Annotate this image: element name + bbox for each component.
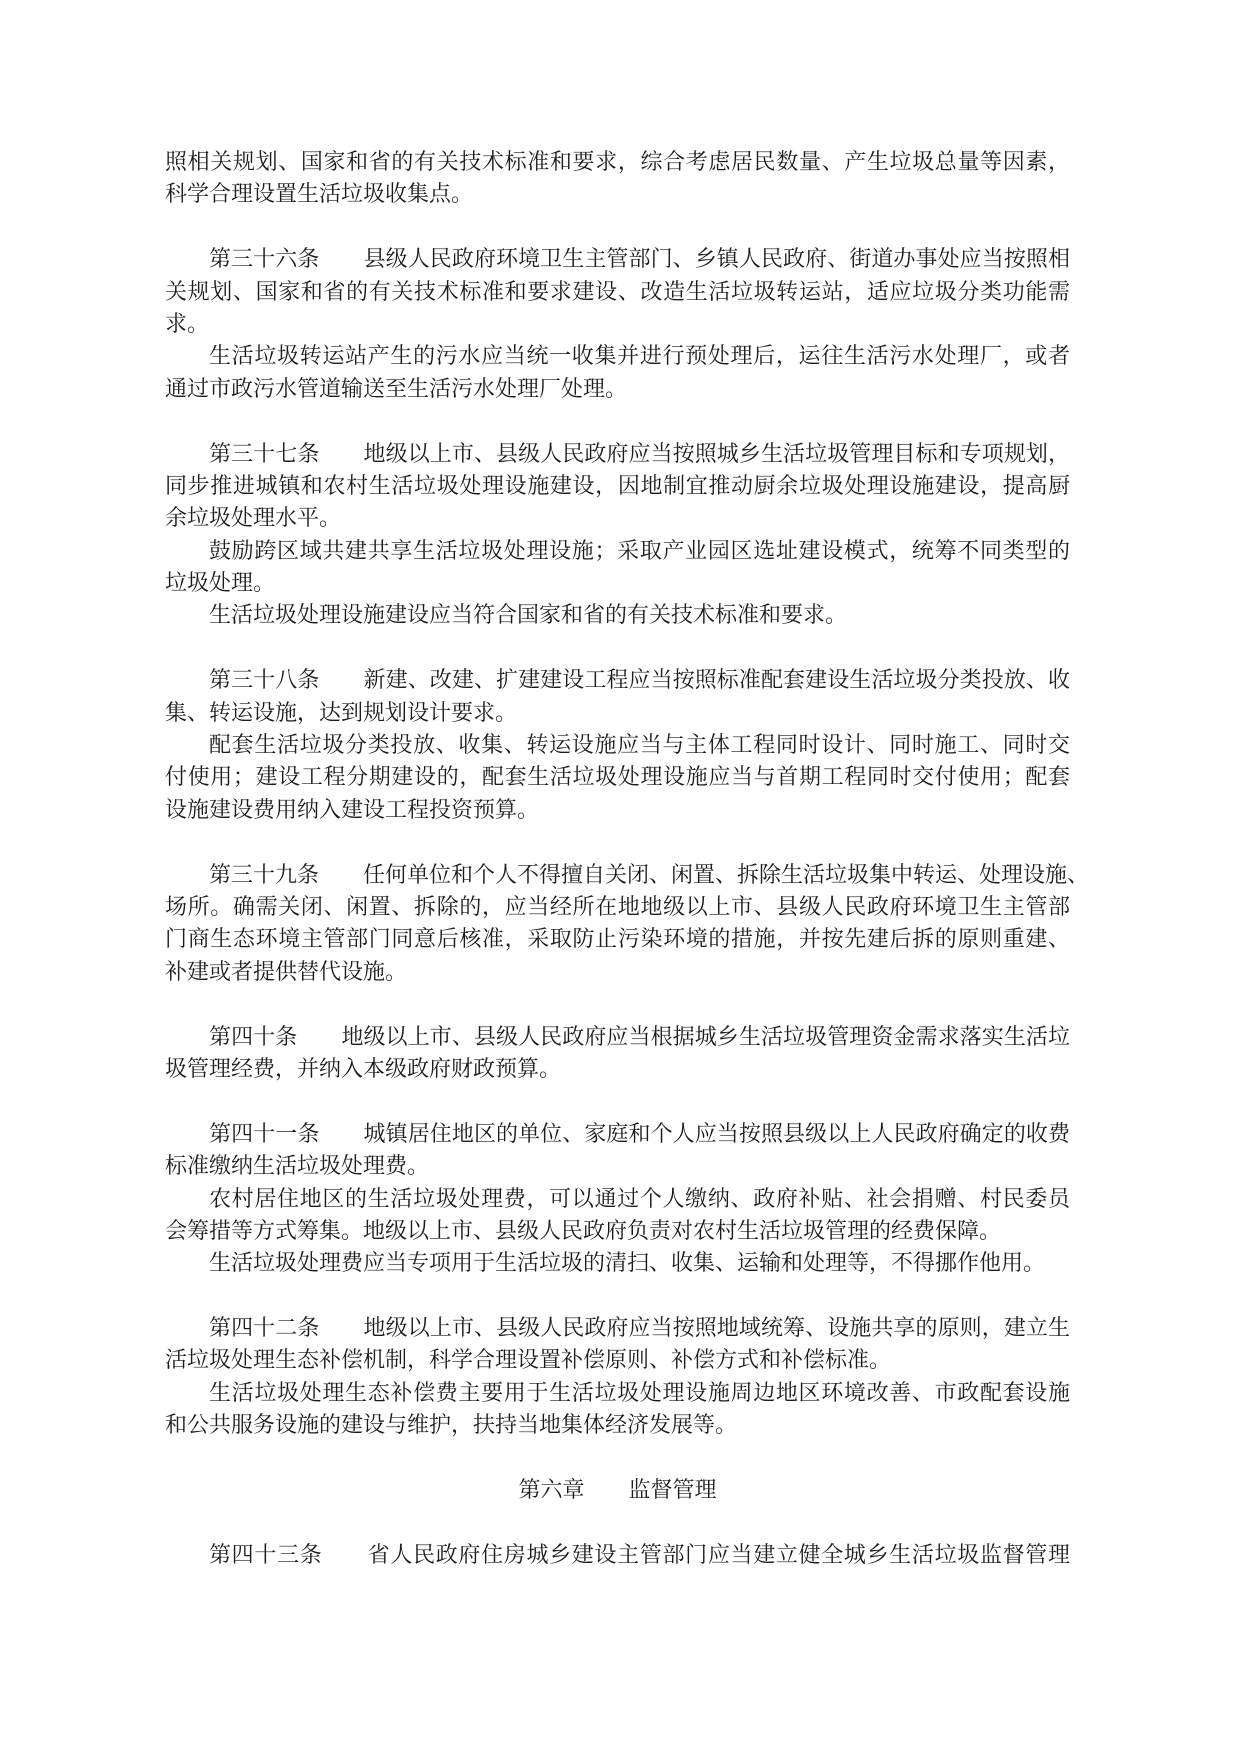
text-line: 第三十九条 任何单位和个人不得擅自关闭、闲置、拆除生活垃圾集中转运、处理设施、 <box>165 859 1070 891</box>
text-line: 活垃圾处理生态补偿机制，科学合理设置补偿原则、补偿方式和补偿标准。 <box>165 1344 1070 1376</box>
text-line: 关规划、国家和省的有关技术标准和要求建设、改造生活垃圾转运站，适应垃圾分类功能需 <box>165 276 1070 308</box>
text-line: 同步推进城镇和农村生活垃圾处理设施建设，因地制宜推动厨余垃圾处理设施建设，提高厨 <box>165 470 1070 502</box>
document-page: 照相关规划、国家和省的有关技术标准和要求，综合考虑居民数量、产生垃圾总量等因素，… <box>0 0 1241 1754</box>
text-line: 圾管理经费，并纳入本级政府财政预算。 <box>165 1053 1070 1085</box>
blank-line <box>165 1442 1070 1474</box>
text-line: 通过市政污水管道输送至生活污水处理厂处理。 <box>165 373 1070 405</box>
blank-line <box>165 405 1070 437</box>
text-line: 第三十六条 县级人民政府环境卫生主管部门、乡镇人民政府、街道办事处应当按照相 <box>165 243 1070 275</box>
blank-line <box>165 1280 1070 1312</box>
document-text-block: 照相关规划、国家和省的有关技术标准和要求，综合考虑居民数量、产生垃圾总量等因素，… <box>165 146 1070 1571</box>
text-line: 生活垃圾转运站产生的污水应当统一收集并进行预处理后，运往生活污水处理厂，或者 <box>165 340 1070 372</box>
text-line: 生活垃圾处理生态补偿费主要用于生活垃圾处理设施周边地区环境改善、市政配套设施 <box>165 1377 1070 1409</box>
text-line: 第四十二条 地级以上市、县级人民政府应当按照地域统筹、设施共享的原则，建立生 <box>165 1312 1070 1344</box>
text-line: 付使用；建设工程分期建设的，配套生活垃圾处理设施应当与首期工程同时交付使用；配套 <box>165 761 1070 793</box>
blank-line <box>165 988 1070 1020</box>
text-line: 科学合理设置生活垃圾收集点。 <box>165 178 1070 210</box>
text-line: 求。 <box>165 308 1070 340</box>
chapter-heading: 第六章 监督管理 <box>165 1474 1070 1506</box>
blank-line <box>165 211 1070 243</box>
blank-line <box>165 1506 1070 1538</box>
text-line: 标准缴纳生活垃圾处理费。 <box>165 1150 1070 1182</box>
text-line: 第三十七条 地级以上市、县级人民政府应当按照城乡生活垃圾管理目标和专项规划， <box>165 438 1070 470</box>
text-line: 鼓励跨区域共建共享生活垃圾处理设施；采取产业园区选址建设模式，统筹不同类型的 <box>165 535 1070 567</box>
text-line: 农村居住地区的生活垃圾处理费，可以通过个人缴纳、政府补贴、社会捐赠、村民委员 <box>165 1183 1070 1215</box>
text-line: 和公共服务设施的建设与维护，扶持当地集体经济发展等。 <box>165 1409 1070 1441</box>
blank-line <box>165 1085 1070 1117</box>
text-line: 生活垃圾处理设施建设应当符合国家和省的有关技术标准和要求。 <box>165 599 1070 631</box>
text-line: 补建或者提供替代设施。 <box>165 956 1070 988</box>
text-line: 第三十八条 新建、改建、扩建建设工程应当按照标准配套建设生活垃圾分类投放、收 <box>165 664 1070 696</box>
text-line: 会筹措等方式筹集。地级以上市、县级人民政府负责对农村生活垃圾管理的经费保障。 <box>165 1215 1070 1247</box>
text-line: 集、转运设施，达到规划设计要求。 <box>165 697 1070 729</box>
text-line: 余垃圾处理水平。 <box>165 502 1070 534</box>
text-line: 照相关规划、国家和省的有关技术标准和要求，综合考虑居民数量、产生垃圾总量等因素， <box>165 146 1070 178</box>
text-line: 第四十三条 省人民政府住房城乡建设主管部门应当建立健全城乡生活垃圾监督管理 <box>165 1539 1070 1571</box>
text-line: 垃圾处理。 <box>165 567 1070 599</box>
text-line: 场所。确需关闭、闲置、拆除的，应当经所在地地级以上市、县级人民政府环境卫生主管部 <box>165 891 1070 923</box>
text-line: 第四十条 地级以上市、县级人民政府应当根据城乡生活垃圾管理资金需求落实生活垃 <box>165 1021 1070 1053</box>
text-line: 设施建设费用纳入建设工程投资预算。 <box>165 794 1070 826</box>
text-line: 门商生态环境主管部门同意后核准，采取防止污染环境的措施，并按先建后拆的原则重建、 <box>165 923 1070 955</box>
blank-line <box>165 632 1070 664</box>
text-line: 生活垃圾处理费应当专项用于生活垃圾的清扫、收集、运输和处理等，不得挪作他用。 <box>165 1247 1070 1279</box>
blank-line <box>165 826 1070 858</box>
text-line: 配套生活垃圾分类投放、收集、转运设施应当与主体工程同时设计、同时施工、同时交 <box>165 729 1070 761</box>
text-line: 第四十一条 城镇居住地区的单位、家庭和个人应当按照县级以上人民政府确定的收费 <box>165 1118 1070 1150</box>
